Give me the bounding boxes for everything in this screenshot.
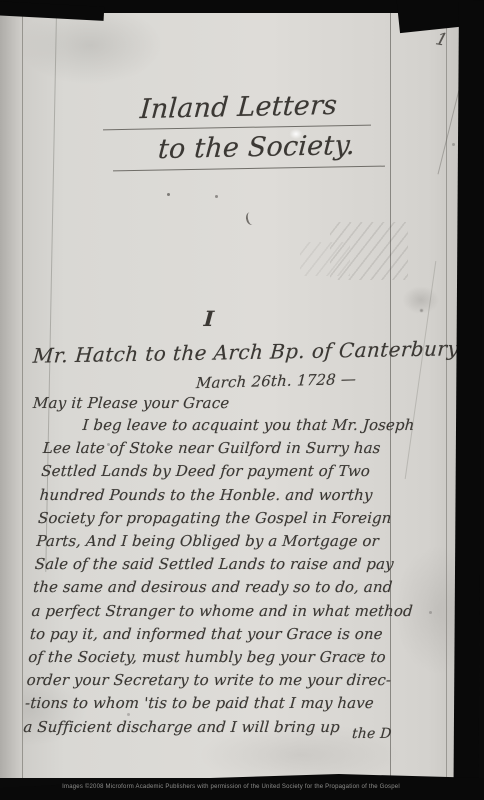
title-underline-2 [113,166,385,172]
bleed-through-hatching [300,242,350,276]
catchword: the D [351,726,392,742]
film-scratch [405,261,437,479]
body-line: a perfect Stranger to whome and in what … [31,600,389,623]
body-line: Lee late of Stoke near Guilford in Surry… [42,437,400,460]
body-line: hundred Pounds to the Honble. and worthy [39,484,397,507]
copyright-watermark: Images ©2008 Microform Academic Publishe… [0,784,462,796]
body-line: I beg leave to acquaint you that Mr. Jos… [44,414,402,437]
letter-body: I beg leave to acquaint you that Mr. Jos… [23,414,402,739]
body-line: to pay it, and informed that your Grace … [29,623,387,646]
section-title-line2: to the Society. [157,130,356,165]
body-line: order your Secretary to write to me your… [26,669,384,692]
folio-page-number: 1 [433,29,449,50]
section-title-line1: Inland Letters [139,90,338,125]
letter-date: March 26th. 1728 — [195,370,356,392]
body-line: Settled Lands by Deed for payment of Two [40,460,398,483]
body-line: the same and desirous and ready so to do… [32,576,390,599]
manuscript-page: 1 Inland Letters to the Society. I Mr. H… [0,10,460,778]
letter-number: I [203,306,215,331]
book-gutter-edge [0,10,23,778]
microfilm-scan: 1 Inland Letters to the Society. I Mr. H… [0,0,484,800]
body-line: Sale of the said Settled Lands to raise … [34,553,392,576]
body-line: a Sufficient discharge and I will bring … [23,716,381,739]
film-border-right [453,0,484,800]
body-line: Society for propagating the Gospel in Fo… [37,507,395,530]
page-edge-rule [446,10,447,778]
stray-ink-mark [245,211,257,226]
body-line: -tions to whom 'tis to be paid that I ma… [24,692,382,715]
right-margin-rule [390,12,391,776]
body-line: Parts, And I being Obliged by a Mortgage… [36,530,394,553]
foxing-spots [167,193,170,196]
body-line: of the Society, must humbly beg your Gra… [28,646,386,669]
letter-heading: Mr. Hatch to the Arch Bp. of Canterbury [32,336,460,367]
letter-salutation: May it Please your Grace [32,394,230,412]
